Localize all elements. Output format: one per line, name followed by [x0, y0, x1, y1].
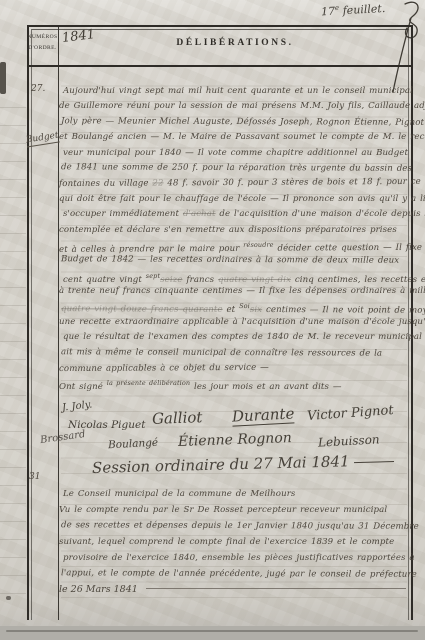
manuscript-line: Ont signé la présente délibération les j…	[59, 376, 406, 391]
inserted-text: Soi	[239, 302, 250, 310]
manuscript-text: Ont signé	[59, 382, 107, 392]
manuscript-line: une recette extraordinaire applicable à …	[59, 315, 406, 330]
manuscript-line: l'appui, et le compte de l'année précéde…	[61, 565, 408, 583]
numeros-label: NUMÉROS	[27, 32, 58, 43]
column-header-deliberations: DÉLIBÉRATIONS.	[85, 38, 385, 48]
struck-text: quatre vingt dix	[218, 275, 291, 285]
folio-ordinal: e	[334, 4, 339, 12]
inserted-text: la présente délibération	[107, 379, 190, 387]
manuscript-text: les jour mois et an avant dits —	[190, 382, 341, 392]
manuscript-text: cinq centimes, les recettes extra-ordina…	[291, 275, 425, 285]
manuscript-line: veur municipal pour 1840 — Il vote comme…	[63, 146, 410, 161]
entry31-last-line: le 26 Mars 1841	[59, 584, 406, 595]
manuscript-line: suivant, lequel comprend le compte final…	[59, 534, 406, 550]
manuscript-text: décider cette question — Il fixe le	[274, 243, 425, 254]
ordre-label: D'ORDRE.	[27, 43, 58, 54]
struck-text: seize	[160, 275, 182, 285]
scanned-register-page: 17e feuillet. NUMÉROS D'ORDRE. DÉLIBÉRAT…	[0, 0, 425, 640]
manuscript-line: s'occuper immédiatement d'achat de l'acq…	[63, 207, 410, 222]
manuscript-line: à trente neuf francs cinquante centimes …	[59, 284, 406, 299]
entry31-paragraph: Le Conseil municipal de la commune de Me…	[59, 486, 406, 582]
manuscript-line: qui doit être fait pour le chauffage de …	[59, 192, 406, 207]
manuscript-line: de Guillemore réuni pour la session de m…	[59, 99, 406, 114]
manuscript-line: et Boulangé ancien — M. le Maire de Pass…	[59, 130, 406, 145]
signature-galliot: Galliot	[152, 408, 203, 428]
signature-durante: Durante	[232, 404, 295, 426]
struck-text: quatre vingt douze francs quarante	[61, 305, 223, 316]
page-edge-shadow	[6, 630, 418, 632]
manuscript-text: fontaines du village	[59, 179, 152, 190]
manuscript-text: centimes — Il ne voit point de moyen pou…	[262, 305, 425, 316]
inserted-text: résoudre	[243, 241, 273, 249]
facing-page-rules	[0, 90, 26, 610]
manuscript-line: provisoire de l'exercice 1840, ensemble …	[63, 550, 410, 566]
entry-number-27: 27.	[31, 84, 45, 94]
manuscript-line: quatre vingt douze francs quarante et So…	[61, 299, 408, 316]
ink-dash	[354, 461, 394, 463]
ink-rule	[146, 588, 406, 589]
manuscript-line: contemplée et déclare s'en remettre aux …	[59, 223, 406, 238]
manuscript-text: et	[223, 305, 239, 315]
manuscript-text: s'occuper immédiatement	[63, 209, 183, 219]
manuscript-text: de l'acquisition d'une maison d'école de…	[216, 209, 425, 219]
manuscript-line: Budget de 1842 — les recettes ordinaires…	[61, 253, 408, 270]
manuscript-text: francs	[183, 275, 218, 285]
manuscript-text: 48 f. savoir 30 f. pour 3 stères de bois…	[163, 177, 420, 189]
entry27-paragraph: Aujourd'hui vingt sept mai mil huit cent…	[59, 84, 406, 392]
header-separator	[29, 65, 411, 67]
manuscript-line: cent quatre vingt septseize francs quatr…	[63, 269, 410, 284]
manuscript-text: cent quatre vingt	[63, 275, 146, 285]
manuscript-line: Joly père — Meunier Michel Auguste, Défo…	[61, 114, 408, 131]
manuscript-line: de ses recettes et dépenses depuis le 1e…	[61, 517, 408, 535]
struck-text: six	[250, 305, 262, 315]
folio-word: feuillet.	[342, 2, 385, 17]
manuscript-line: commune applicables à ce objet du servic…	[59, 360, 406, 378]
column-header-numeros: NUMÉROS D'ORDRE.	[27, 32, 58, 54]
manuscript-line: Aujourd'hui vingt sept mai mil huit cent…	[63, 84, 410, 99]
manuscript-line: que le résultat de l'examen des comptes …	[63, 330, 410, 345]
struck-text: d'achat	[183, 209, 216, 219]
closing-date: le 26 Mars 1841	[59, 584, 138, 595]
manuscript-line: fontaines du village 22 48 f. savoir 30 …	[59, 175, 406, 193]
entry-number-31: 31	[29, 472, 40, 482]
manuscript-line: Le Conseil municipal de la commune de Me…	[63, 486, 410, 502]
manuscript-line: Vu le compte rendu par le Sr De Rosset p…	[59, 502, 406, 518]
struck-text: 22	[152, 179, 163, 189]
inserted-text: sept	[146, 272, 160, 280]
scan-edge	[0, 626, 425, 640]
folio-number: 17	[320, 5, 335, 19]
